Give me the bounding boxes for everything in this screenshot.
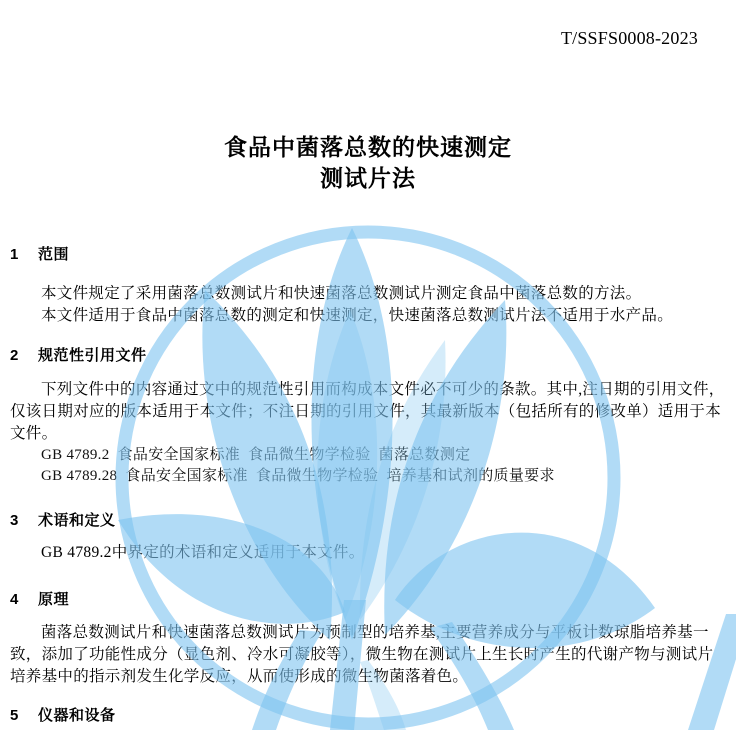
section-2-number: 2 xyxy=(10,346,38,366)
section-4-paragraph-line-1: 菌落总数测试片和快速菌落总数测试片为预制型的培养基,主要营养成分与平板计数琼脂培… xyxy=(10,622,728,644)
section-1-heading: 1范围 xyxy=(10,245,69,265)
section-1-number: 1 xyxy=(10,245,38,265)
document-title: 食品中菌落总数的快速测定 测试片法 xyxy=(0,132,736,194)
section-5-heading: 5仪器和设备 xyxy=(10,706,116,726)
section-1-paragraph-1: 本文件规定了采用菌落总数测试片和快速菌落总数测试片测定食品中菌落总数的方法。 xyxy=(10,283,728,305)
section-3-heading: 3术语和定义 xyxy=(10,511,116,531)
section-1-title: 范围 xyxy=(38,246,69,263)
section-4-number: 4 xyxy=(10,590,38,610)
section-2-paragraph-line-1: 下列文件中的内容通过文中的规范性引用而构成本文件必不可少的条款。其中,注日期的引… xyxy=(10,379,728,401)
section-2-paragraph-line-2: 仅该日期对应的版本适用于本文件；不注日期的引用文件，其最新版本（包括所有的修改单… xyxy=(10,401,728,423)
section-3-number: 3 xyxy=(10,511,38,531)
section-2-title: 规范性引用文件 xyxy=(38,347,147,364)
section-4-title: 原理 xyxy=(38,591,69,608)
section-2-reference-1: GB 4789.2 食品安全国家标准 食品微生物学检验 菌落总数测定 xyxy=(41,445,731,466)
standard-document-page: T/SSFS0008-2023 食品中菌落总数的快速测定 测试片法 1范围 本文… xyxy=(0,0,736,730)
section-2-paragraph-line-3: 文件。 xyxy=(10,423,728,445)
section-5-number: 5 xyxy=(10,706,38,726)
section-2-reference-2: GB 4789.28 食品安全国家标准 食品微生物学检验 培养基和试剂的质量要求 xyxy=(41,466,731,487)
section-3-paragraph-1: GB 4789.2中界定的术语和定义适用于本文件。 xyxy=(10,542,728,564)
section-4-heading: 4原理 xyxy=(10,590,69,610)
section-4-paragraph-line-2: 致，添加了功能性成分（显色剂、冷水可凝胶等），微生物在测试片上生长时产生的代谢产… xyxy=(10,644,728,666)
document-number: T/SSFS0008-2023 xyxy=(561,28,698,49)
document-title-line-1: 食品中菌落总数的快速测定 xyxy=(0,132,736,163)
section-4-paragraph-line-3: 培养基中的指示剂发生化学反应，从而使形成的微生物菌落着色。 xyxy=(10,666,728,688)
document-title-line-2: 测试片法 xyxy=(0,163,736,194)
section-5-title: 仪器和设备 xyxy=(38,707,116,724)
section-3-title: 术语和定义 xyxy=(38,512,116,529)
section-1-paragraph-2: 本文件适用于食品中菌落总数的测定和快速测定，快速菌落总数测试片法不适用于水产品。 xyxy=(10,305,728,327)
section-2-heading: 2规范性引用文件 xyxy=(10,346,147,366)
